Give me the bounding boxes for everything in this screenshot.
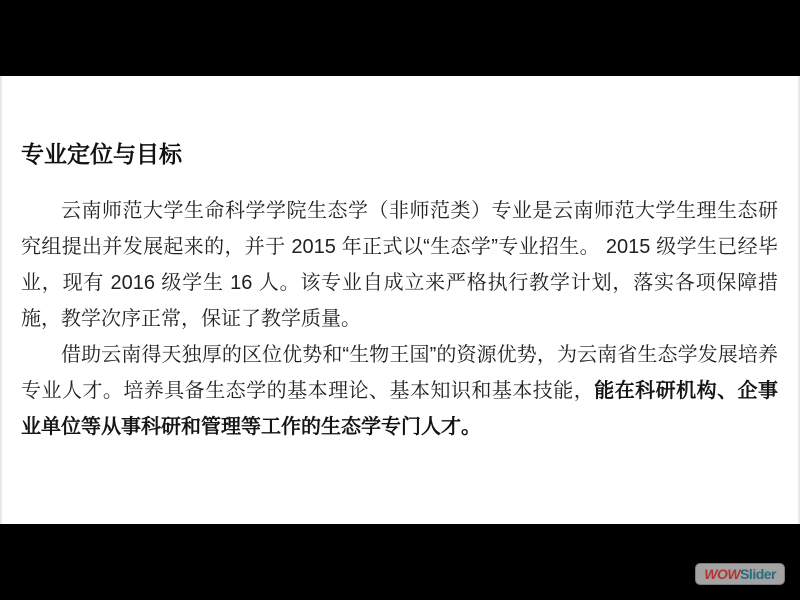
slider-stage: 专业定位与目标 云南师范大学生命科学学院生态学（非师范类）专业是云南师范大学生理…	[0, 0, 800, 600]
slide: 专业定位与目标 云南师范大学生命科学学院生态学（非师范类）专业是云南师范大学生理…	[0, 76, 800, 524]
wowslider-brand-wow: WOW	[704, 566, 740, 582]
wowslider-watermark[interactable]: WOWSlider	[695, 563, 785, 585]
slide-title: 专业定位与目标	[21, 140, 778, 168]
wowslider-brand-slider: Slider	[740, 566, 776, 582]
paragraph: 云南师范大学生命科学学院生态学（非师范类）专业是云南师范大学生理生态研究组提出并…	[21, 193, 778, 337]
slide-content: 专业定位与目标 云南师范大学生命科学学院生态学（非师范类）专业是云南师范大学生理…	[2, 76, 798, 445]
slide-body: 云南师范大学生命科学学院生态学（非师范类）专业是云南师范大学生理生态研究组提出并…	[21, 193, 778, 445]
paragraph: 借助云南得天独厚的区位优势和“生物王国”的资源优势，为云南省生态学发展培养专业人…	[21, 337, 778, 445]
text-run: 云南师范大学生命科学学院生态学（非师范类）专业是云南师范大学生理生态研究组提出并…	[21, 200, 778, 330]
